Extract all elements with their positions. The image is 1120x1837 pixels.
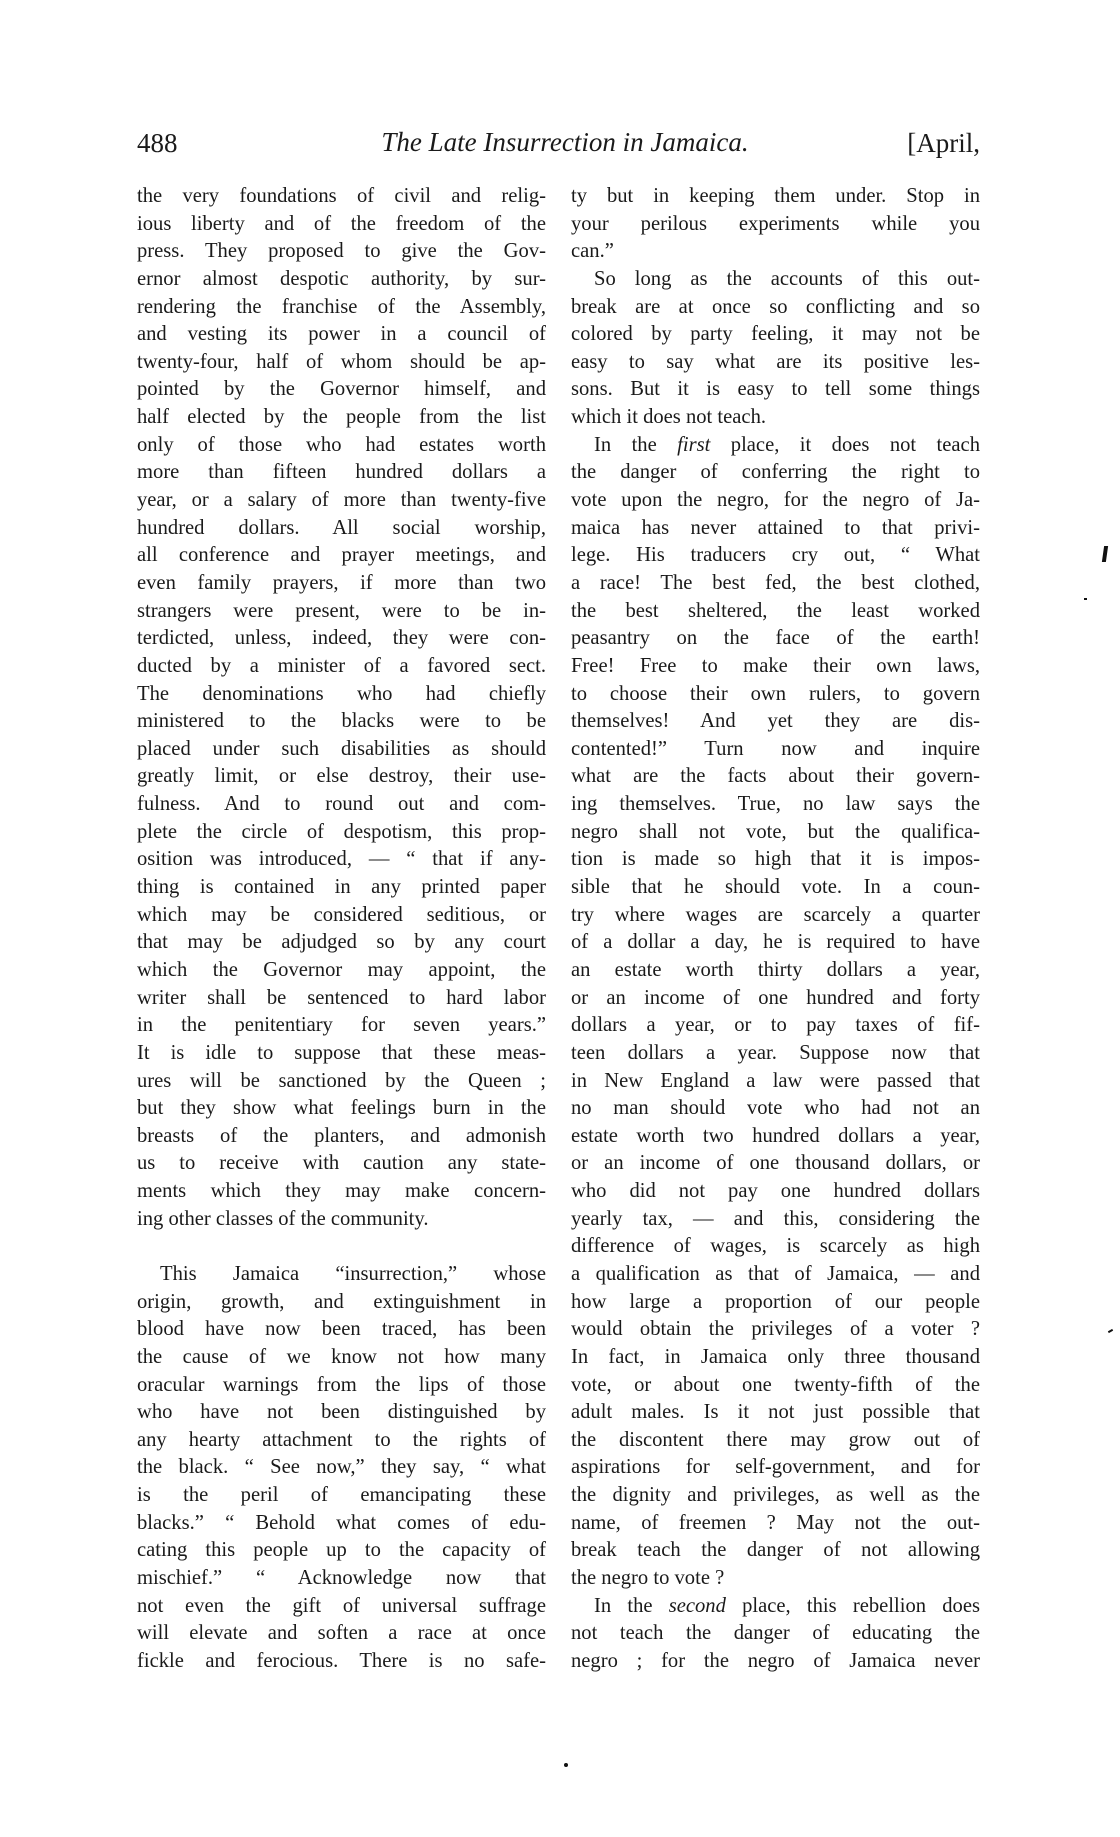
paragraph-line: The denominations who had chiefly — [137, 681, 546, 709]
paragraph-line: name, of freemen ? May not the out- — [571, 1510, 980, 1538]
paragraph-line: pointed by the Governor himself, and — [137, 376, 546, 404]
paragraph-line: the cause of we know not how many — [137, 1344, 546, 1372]
paragraph-line: terdicted, unless, indeed, they were con… — [137, 625, 546, 653]
paragraph-line: maica has never attained to that privi- — [571, 515, 980, 543]
paragraph-line: writer shall be sentenced to hard labor — [137, 985, 546, 1013]
paragraph-line: greatly limit, or else destroy, their us… — [137, 763, 546, 791]
paragraph-line: your perilous experiments while you — [571, 211, 980, 239]
paragraph-line: ty but in keeping them under. Stop in — [571, 183, 980, 211]
paragraph-line: ures will be sanctioned by the Queen ; — [137, 1068, 546, 1096]
paragraph-line: even family prayers, if more than two — [137, 570, 546, 598]
paragraph-line: and vesting its power in a council of — [137, 321, 546, 349]
paragraph-line: In fact, in Jamaica only three thousand — [571, 1344, 980, 1372]
paragraph-line: try where wages are scarcely a quarter — [571, 902, 980, 930]
paragraph-line: This Jamaica “insurrection,” whose — [137, 1261, 546, 1289]
paragraph-line: ducted by a minister of a favored sect. — [137, 653, 546, 681]
scan-artifact — [564, 1763, 568, 1767]
paragraph-line: but they show what feelings burn in the — [137, 1095, 546, 1123]
paragraph-line: fickle and ferocious. There is no safe- — [137, 1648, 546, 1676]
scan-artifact — [1102, 546, 1108, 562]
paragraph: So long as the accounts of this out-brea… — [571, 266, 980, 432]
paragraph-line: or an income of one thousand dollars, or — [571, 1150, 980, 1178]
scan-artifact — [1108, 1329, 1113, 1333]
paragraph-line: vote upon the negro, for the negro of Ja… — [571, 487, 980, 515]
paragraph-line: the best sheltered, the least worked — [571, 598, 980, 626]
paragraph-line: how large a proportion of our people — [571, 1289, 980, 1317]
paragraph-line: the discontent there may grow out of — [571, 1427, 980, 1455]
paragraph-line: half elected by the people from the list — [137, 404, 546, 432]
paragraph-line: hundred dollars. All social worship, — [137, 515, 546, 543]
paragraph-line: sons. But it is easy to tell some things — [571, 376, 980, 404]
paragraph-line: colored by party feeling, it may not be — [571, 321, 980, 349]
paragraph-line: us to receive with caution any state- — [137, 1150, 546, 1178]
paragraph-line: break are at once so conflicting and so — [571, 294, 980, 322]
paragraph-line: any hearty attachment to the rights of — [137, 1427, 546, 1455]
paragraph-line: who did not pay one hundred dollars — [571, 1178, 980, 1206]
paragraph-line: breasts of the planters, and admonish — [137, 1123, 546, 1151]
paragraph-line: can.” — [571, 238, 980, 266]
paragraph-line: or an income of one hundred and forty — [571, 985, 980, 1013]
paragraph-line: twenty-four, half of whom should be ap- — [137, 349, 546, 377]
paragraph: ty but in keeping them under. Stop inyou… — [571, 183, 980, 266]
paragraph-line: In the first place, it does not teach — [571, 432, 980, 460]
paragraph-line: which may be considered seditious, or — [137, 902, 546, 930]
paragraph-line: that may be adjudged so by any court — [137, 929, 546, 957]
paragraph-line: the very foundations of civil and relig- — [137, 183, 546, 211]
paragraph-line: ing themselves. True, no law says the — [571, 791, 980, 819]
section-break — [137, 1233, 546, 1261]
paragraph-line: to choose their own rulers, to govern — [571, 681, 980, 709]
paragraph-line: in the penitentiary for seven years.” — [137, 1012, 546, 1040]
paragraph-line: easy to say what are its positive les- — [571, 349, 980, 377]
paragraph-line: thing is contained in any printed paper — [137, 874, 546, 902]
paragraph-line: of a dollar a day, he is required to hav… — [571, 929, 980, 957]
paragraph-line: press. They proposed to give the Gov- — [137, 238, 546, 266]
right-column: ty but in keeping them under. Stop inyou… — [571, 183, 980, 1676]
paragraph-line: all conference and prayer meetings, and — [137, 542, 546, 570]
paragraph-line: the dignity and privileges, as well as t… — [571, 1482, 980, 1510]
paragraph-line: adult males. Is it not just possible tha… — [571, 1399, 980, 1427]
paragraph-line: cating this people up to the capacity of — [137, 1537, 546, 1565]
paragraph-line: It is idle to suppose that these meas- — [137, 1040, 546, 1068]
issue-month: [April, — [907, 128, 980, 158]
paragraph-line: lege. His traducers cry out, “ What — [571, 542, 980, 570]
paragraph-line: oracular warnings from the lips of those — [137, 1372, 546, 1400]
paragraph-line: year, or a salary of more than twenty-fi… — [137, 487, 546, 515]
paragraph-line: ing other classes of the community. — [137, 1206, 546, 1234]
paragraph-line: osition was introduced, — “ that if any- — [137, 846, 546, 874]
paragraph-line: plete the circle of despotism, this prop… — [137, 819, 546, 847]
paragraph-line: ious liberty and of the freedom of the — [137, 211, 546, 239]
paragraph-line: which the Governor may appoint, the — [137, 957, 546, 985]
paragraph-line: in New England a law were passed that — [571, 1068, 980, 1096]
paragraph-line: more than fifteen hundred dollars a — [137, 459, 546, 487]
paragraph-line: only of those who had estates worth — [137, 432, 546, 460]
paragraph-line: rendering the franchise of the Assembly, — [137, 294, 546, 322]
paragraph-line: negro ; for the negro of Jamaica never — [571, 1648, 980, 1676]
paragraph-line: an estate worth thirty dollars a year, — [571, 957, 980, 985]
paragraph-line: themselves! And yet they are dis- — [571, 708, 980, 736]
paragraph: This Jamaica “insurrection,” whoseorigin… — [137, 1261, 546, 1676]
paragraph-line: negro shall not vote, but the qualifica- — [571, 819, 980, 847]
paragraph-line: estate worth two hundred dollars a year, — [571, 1123, 980, 1151]
paragraph-line: yearly tax, — and this, considering the — [571, 1206, 980, 1234]
paragraph-line: origin, growth, and extinguishment in — [137, 1289, 546, 1317]
left-column: the very foundations of civil and relig-… — [137, 183, 546, 1676]
paragraph-line: placed under such disabilities as should — [137, 736, 546, 764]
paragraph-line: the danger of conferring the right to — [571, 459, 980, 487]
paragraph-line: a qualification as that of Jamaica, — an… — [571, 1261, 980, 1289]
paragraph-line: fulness. And to round out and com- — [137, 791, 546, 819]
paragraph-line: no man should vote who had not an — [571, 1095, 980, 1123]
paragraph-line: what are the facts about their govern- — [571, 763, 980, 791]
paragraph-line: will elevate and soften a race at once — [137, 1620, 546, 1648]
scan-artifact — [1084, 598, 1087, 600]
paragraph-line: peasantry on the face of the earth! — [571, 625, 980, 653]
paragraph-line: blood have now been traced, has been — [137, 1316, 546, 1344]
paragraph-line: break teach the danger of not allowing — [571, 1537, 980, 1565]
paragraph-line: sible that he should vote. In a coun- — [571, 874, 980, 902]
paragraph-line: the black. “ See now,” they say, “ what — [137, 1454, 546, 1482]
paragraph-line: not teach the danger of educating the — [571, 1620, 980, 1648]
paragraph-line: ministered to the blacks were to be — [137, 708, 546, 736]
paragraph: In the first place, it does not teach th… — [571, 432, 980, 1593]
emphasis: first — [677, 434, 710, 456]
paragraph-line: would obtain the privileges of a voter ? — [571, 1316, 980, 1344]
paragraph-line: tion is made so high that it is impos- — [571, 846, 980, 874]
paragraph-line: In the second place, this rebellion does — [571, 1593, 980, 1621]
paragraph-line: vote, or about one twenty-fifth of the — [571, 1372, 980, 1400]
paragraph-line: teen dollars a year. Suppose now that — [571, 1040, 980, 1068]
paragraph-line: ernor almost despotic authority, by sur- — [137, 266, 546, 294]
paragraph-line: ments which they may make concern- — [137, 1178, 546, 1206]
paragraph-line: not even the gift of universal suffrage — [137, 1593, 546, 1621]
paragraph-line: blacks.” “ Behold what comes of edu- — [137, 1510, 546, 1538]
emphasis: second — [669, 1595, 726, 1617]
paragraph-line: who have not been distinguished by — [137, 1399, 546, 1427]
paragraph-line: contented!” Turn now and inquire — [571, 736, 980, 764]
paragraph: In the second place, this rebellion does… — [571, 1593, 980, 1676]
paragraph-line: mischief.” “ Acknowledge now that — [137, 1565, 546, 1593]
paragraph-line: dollars a year, or to pay taxes of fif- — [571, 1012, 980, 1040]
paragraph-line: aspirations for self-government, and for — [571, 1454, 980, 1482]
paragraph-line: the negro to vote ? — [571, 1565, 980, 1593]
paragraph-line: a race! The best fed, the best clothed, — [571, 570, 980, 598]
paragraph-line: is the peril of emancipating these — [137, 1482, 546, 1510]
paragraph-line: which it does not teach. — [571, 404, 980, 432]
paragraph: the very foundations of civil and relig-… — [137, 183, 546, 1233]
paragraph-line: So long as the accounts of this out- — [571, 266, 980, 294]
paragraph-line: difference of wages, is scarcely as high — [571, 1233, 980, 1261]
paragraph-line: strangers were present, were to be in- — [137, 598, 546, 626]
paragraph-line: Free! Free to make their own laws, — [571, 653, 980, 681]
